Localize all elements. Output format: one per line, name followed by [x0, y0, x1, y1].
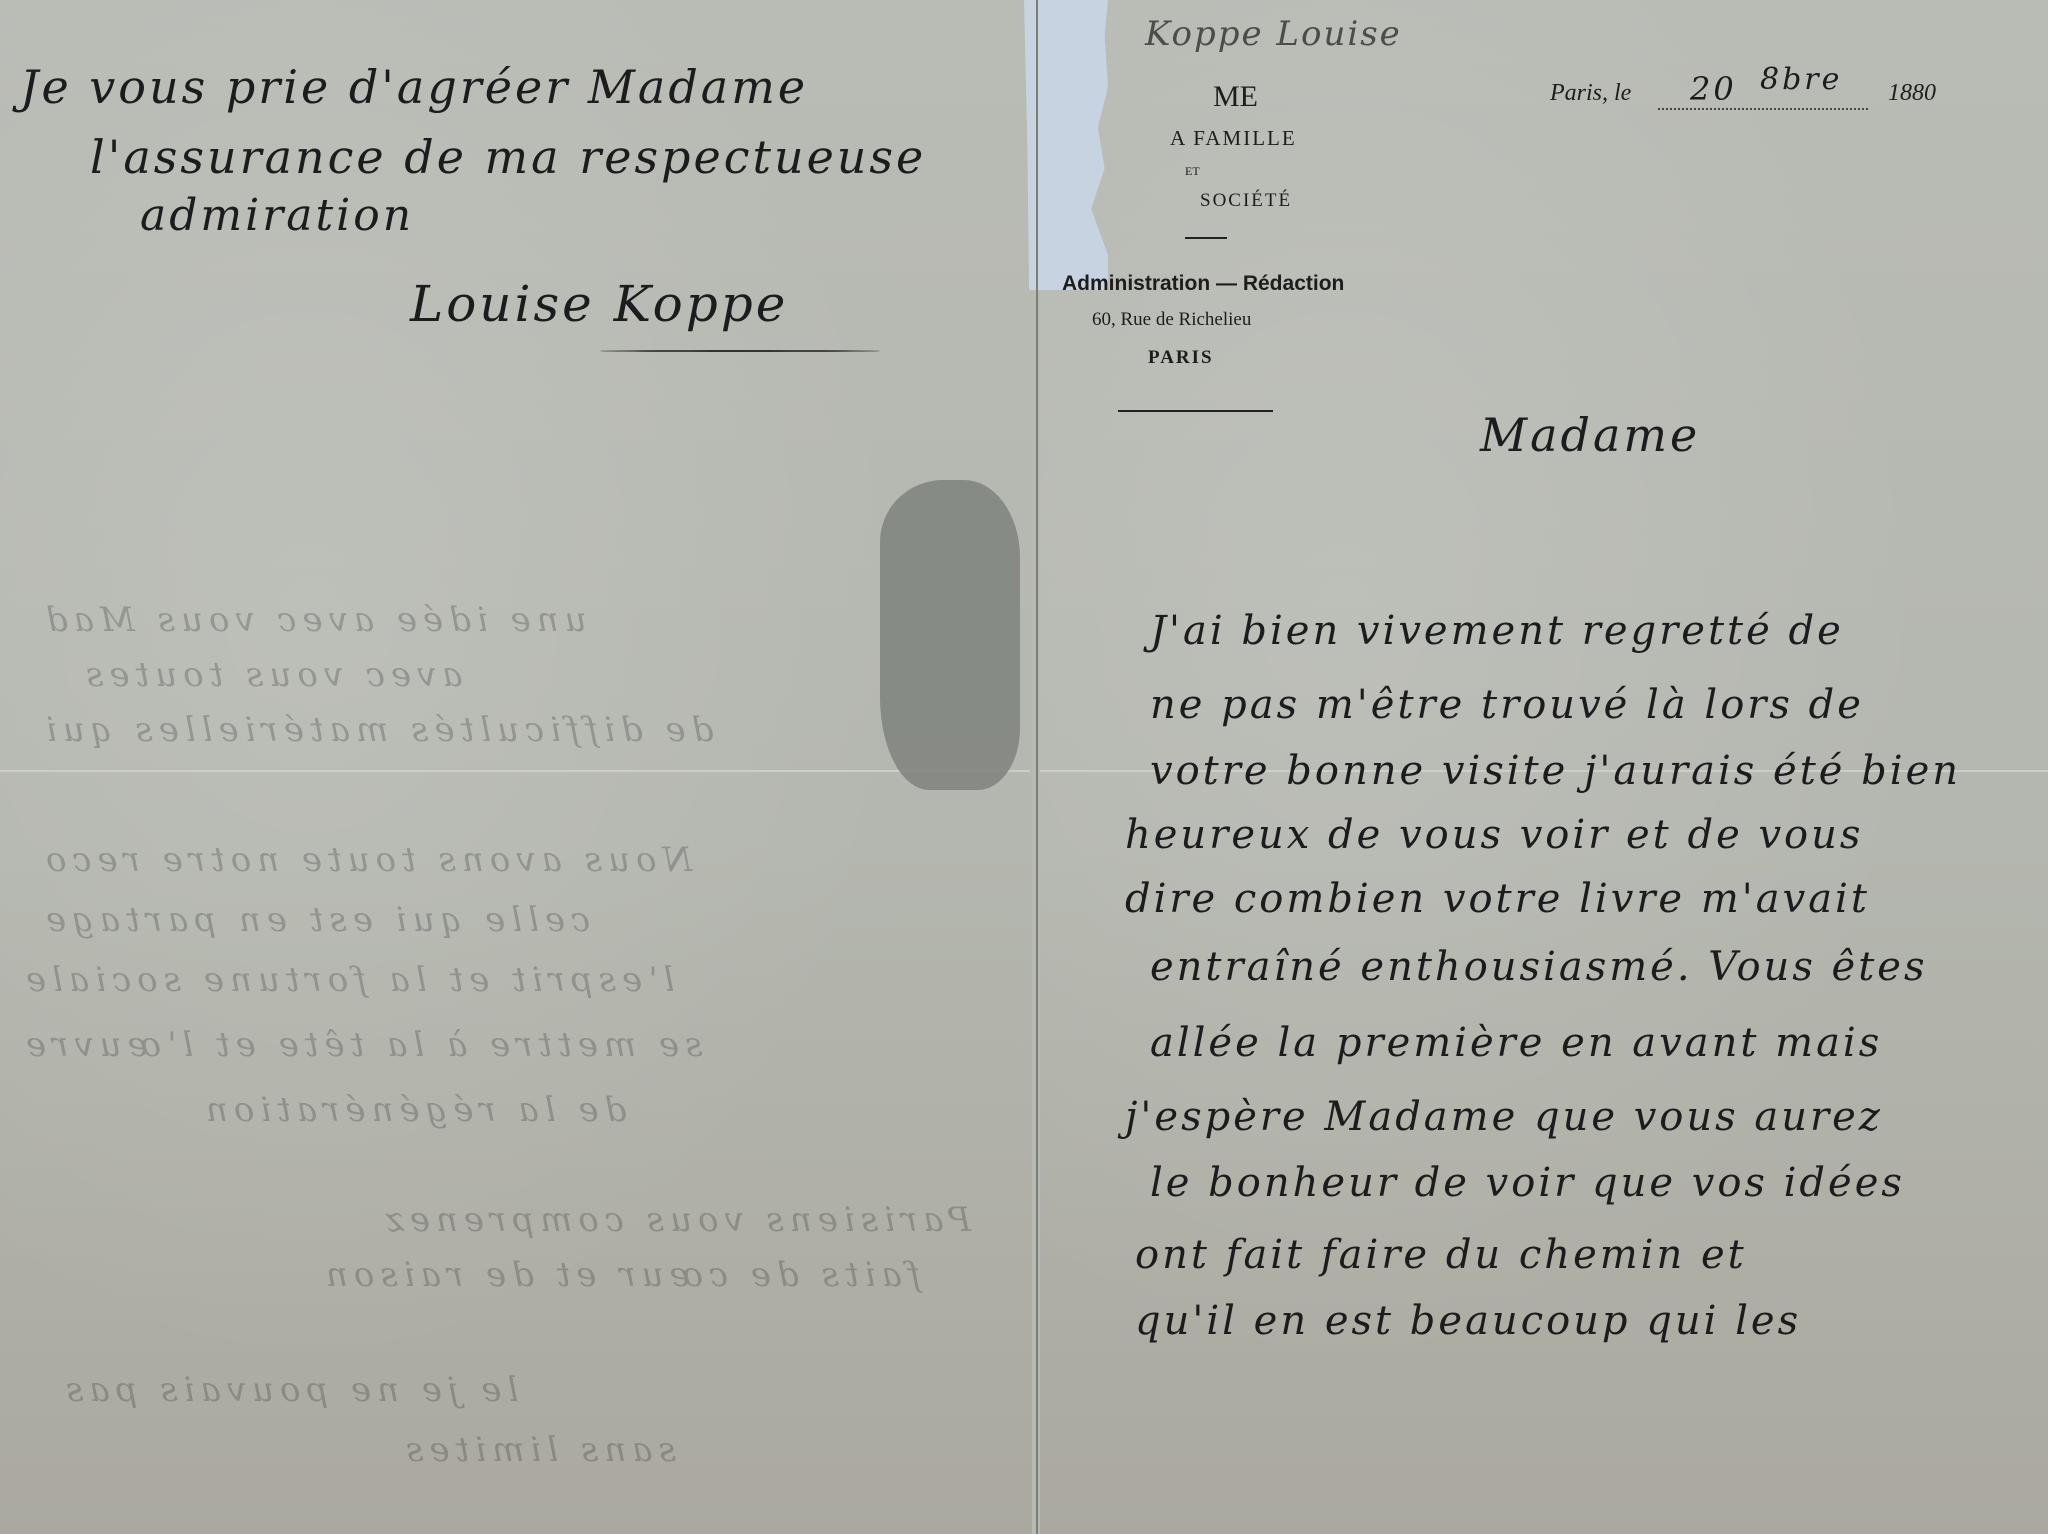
- bleed-through-line: Nous avons toute notre reco: [40, 840, 692, 880]
- letterhead-ornament: [1185, 237, 1227, 239]
- dateline-prefix: Paris, le: [1550, 80, 1631, 107]
- letterhead-societe: SOCIÉTÉ: [1200, 190, 1292, 212]
- salutation: Madame: [1480, 408, 1700, 462]
- bleed-through-line: avec vous toutes: [80, 655, 463, 695]
- bleed-through-line: faits de cœur et de raison: [320, 1255, 920, 1295]
- bleed-through-line: celle qui est en partage: [40, 900, 590, 940]
- ink-stain: [880, 480, 1020, 790]
- dateline-month: 8bre: [1760, 62, 1842, 97]
- bleed-through-line: se mettre à la tête et l'œuvre: [20, 1025, 703, 1065]
- body-line: ont fait faire du chemin et: [1135, 1232, 1747, 1278]
- closing-line: l'assurance de ma respectueuse: [90, 130, 926, 184]
- dateline-day: 20: [1690, 70, 1737, 108]
- body-line: allée la première en avant mais: [1150, 1020, 1882, 1066]
- letterhead-address: 60, Rue de Richelieu: [1092, 309, 1251, 331]
- bleed-through-line: de difficultés matérielles qui: [40, 710, 713, 750]
- letterhead-divider: [1118, 410, 1273, 412]
- body-line: qu'il en est beaucoup qui les: [1135, 1298, 1801, 1344]
- signature-flourish: [600, 350, 880, 352]
- letterhead-title: ME: [1213, 80, 1258, 114]
- bleed-through-line: Parisiens vous comprenez: [380, 1200, 971, 1240]
- body-line: J'ai bien vivement regretté de: [1150, 608, 1844, 654]
- paper-crease: [0, 770, 1030, 772]
- bleed-through-line: l'esprit et la fortune sociale: [20, 960, 675, 1000]
- letterhead-city: PARIS: [1148, 347, 1214, 369]
- page-fold: [1036, 0, 1038, 1534]
- dateline-rule: [1658, 108, 1868, 110]
- body-line: dire combien votre livre m'avait: [1125, 876, 1870, 922]
- letterhead-famille: A FAMILLE: [1170, 126, 1297, 151]
- closing-line: admiration: [140, 190, 414, 241]
- letterhead-department: Administration — Rédaction: [1062, 272, 1344, 296]
- body-line: entraîné enthousiasmé. Vous êtes: [1150, 944, 1928, 990]
- bleed-through-line: une idée avec vous Mad: [40, 600, 587, 640]
- body-line: heureux de vous voir et de vous: [1125, 812, 1863, 858]
- body-line: le bonheur de voir que vos idées: [1150, 1160, 1905, 1206]
- bleed-through-line: de la régénération: [200, 1090, 626, 1130]
- body-line: ne pas m'être trouvé là lors de: [1150, 682, 1864, 728]
- dateline-year: 1880: [1888, 80, 1936, 107]
- signature: Louise Koppe: [410, 275, 788, 333]
- body-line: votre bonne visite j'aurais été bien: [1150, 748, 1961, 794]
- body-line: j'espère Madame que vous aurez: [1125, 1094, 1883, 1140]
- archive-note: Koppe Louise: [1145, 14, 1402, 54]
- letterhead-et: ET: [1185, 164, 1200, 179]
- bleed-through-line: sans limites: [400, 1430, 676, 1470]
- bleed-through-line: le je ne pouvais pas: [60, 1370, 518, 1410]
- closing-line: Je vous prie d'agréer Madame: [20, 60, 808, 114]
